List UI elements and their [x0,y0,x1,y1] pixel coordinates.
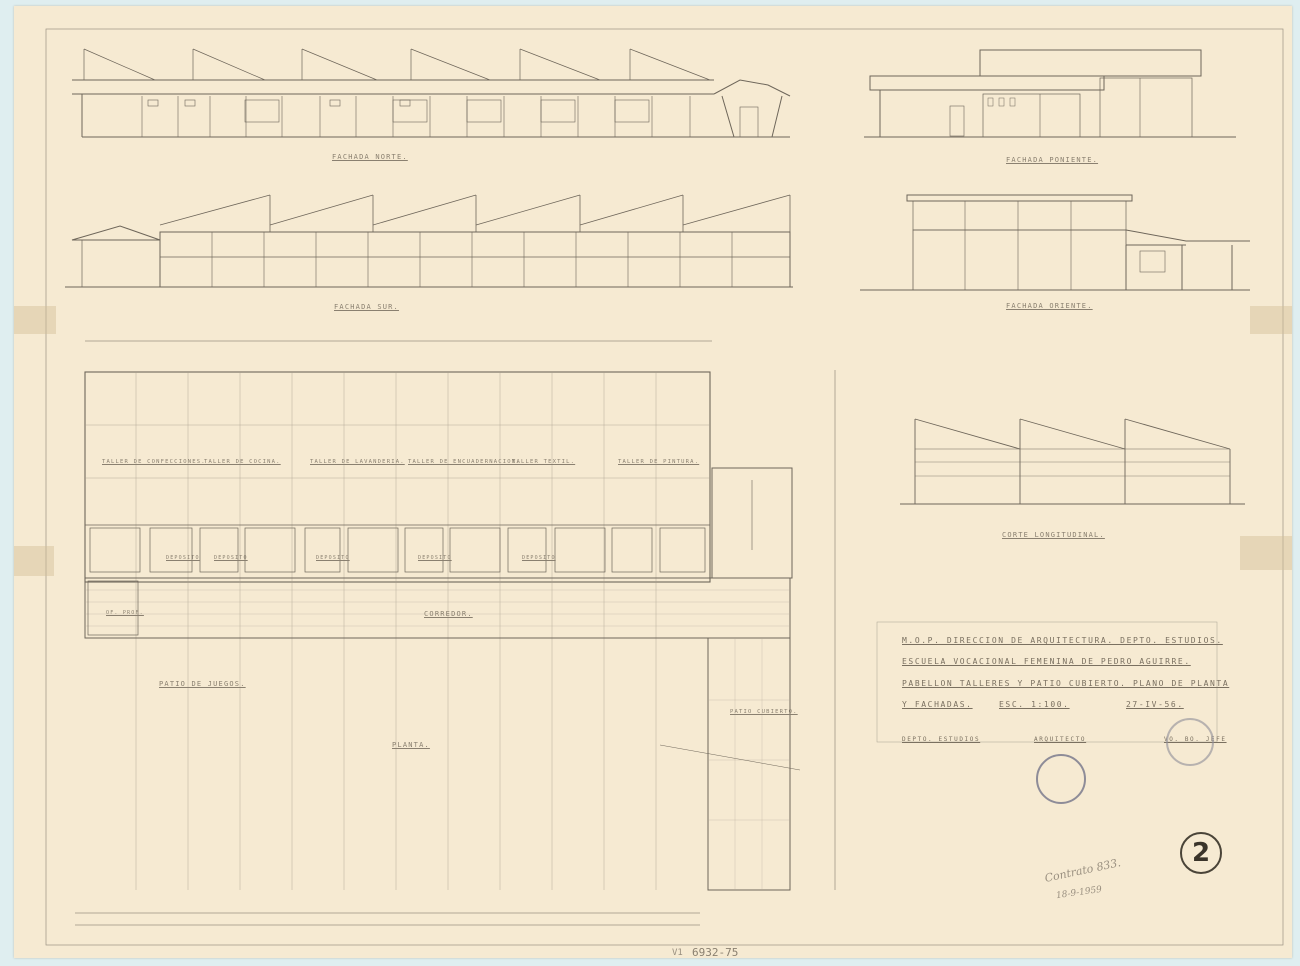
title-block-scale: ESC. 1:100. [999,700,1070,709]
workshop-label: TALLER DE COCINA. [204,459,281,465]
tape-mark [14,546,54,576]
blueprint-sheet: FACHADA NORTE. FACHADA PONIENTE. FACHADA… [14,6,1292,958]
room-label-deposito: DEPOSITO [214,555,248,561]
caption-fachada-sur: FACHADA SUR. [334,303,399,311]
elevation-south [65,195,793,287]
floor-plan [75,341,835,925]
signature-2: ARQUITECTO [1034,736,1086,743]
tape-mark [1250,306,1292,334]
official-stamp [1036,754,1086,804]
caption-fachada-norte: FACHADA NORTE. [332,153,408,161]
drawing-linework [14,6,1292,958]
room-label-deposito: DEPOSITO [418,555,452,561]
workshop-label: TALLER DE CONFECCIONES. [102,459,206,465]
room-label-deposito: DEPOSITO [166,555,200,561]
reference-prefix: V1 [672,948,683,958]
caption-fachada-poniente: FACHADA PONIENTE. [1006,156,1098,164]
label-patio-juegos: PATIO DE JUEGOS. [159,680,246,688]
workshop-label: TALLER DE PINTURA. [618,459,699,465]
signature-1: DEPTO. ESTUDIOS [902,736,980,743]
elevation-west [864,50,1236,137]
caption-corte-longitudinal: CORTE LONGITUDINAL. [1002,531,1105,539]
label-patio-cubierto: PATIO CUBIERTO. [730,709,798,715]
workshop-label: TALLER TEXTIL. [512,459,575,465]
title-block-line-2: ESCUELA VOCACIONAL FEMENINA DE PEDRO AGU… [902,657,1191,666]
sheet-number-badge: 2 [1180,832,1222,874]
title-block-date: 27-IV-56. [1126,700,1184,709]
room-label-deposito: DEPOSITO [316,555,350,561]
official-stamp [1166,718,1214,766]
workshop-label: TALLER DE LAVANDERIA. [310,459,405,465]
reference-code: 6932-75 [692,946,738,959]
section-longitudinal [900,419,1245,504]
workshop-label: TALLER DE ENCUADERNACION. [408,459,521,465]
label-corredor: CORREDOR. [424,610,473,618]
room-label-deposito: DEPOSITO [522,555,556,561]
caption-fachada-oriente: FACHADA ORIENTE. [1006,302,1093,310]
title-block-line-3: PABELLON TALLERES Y PATIO CUBIERTO. PLAN… [902,679,1229,688]
caption-planta: PLANTA. [392,741,430,749]
elevation-east [860,195,1250,290]
title-block-line-4-left: Y FACHADAS. [902,700,973,709]
title-block-line-1: M.O.P. DIRECCION DE ARQUITECTURA. DEPTO.… [902,636,1223,645]
tape-mark [14,306,56,334]
room-label-office: OF. PROF. [106,610,144,616]
tape-mark [1240,536,1292,570]
elevation-north [72,49,790,137]
